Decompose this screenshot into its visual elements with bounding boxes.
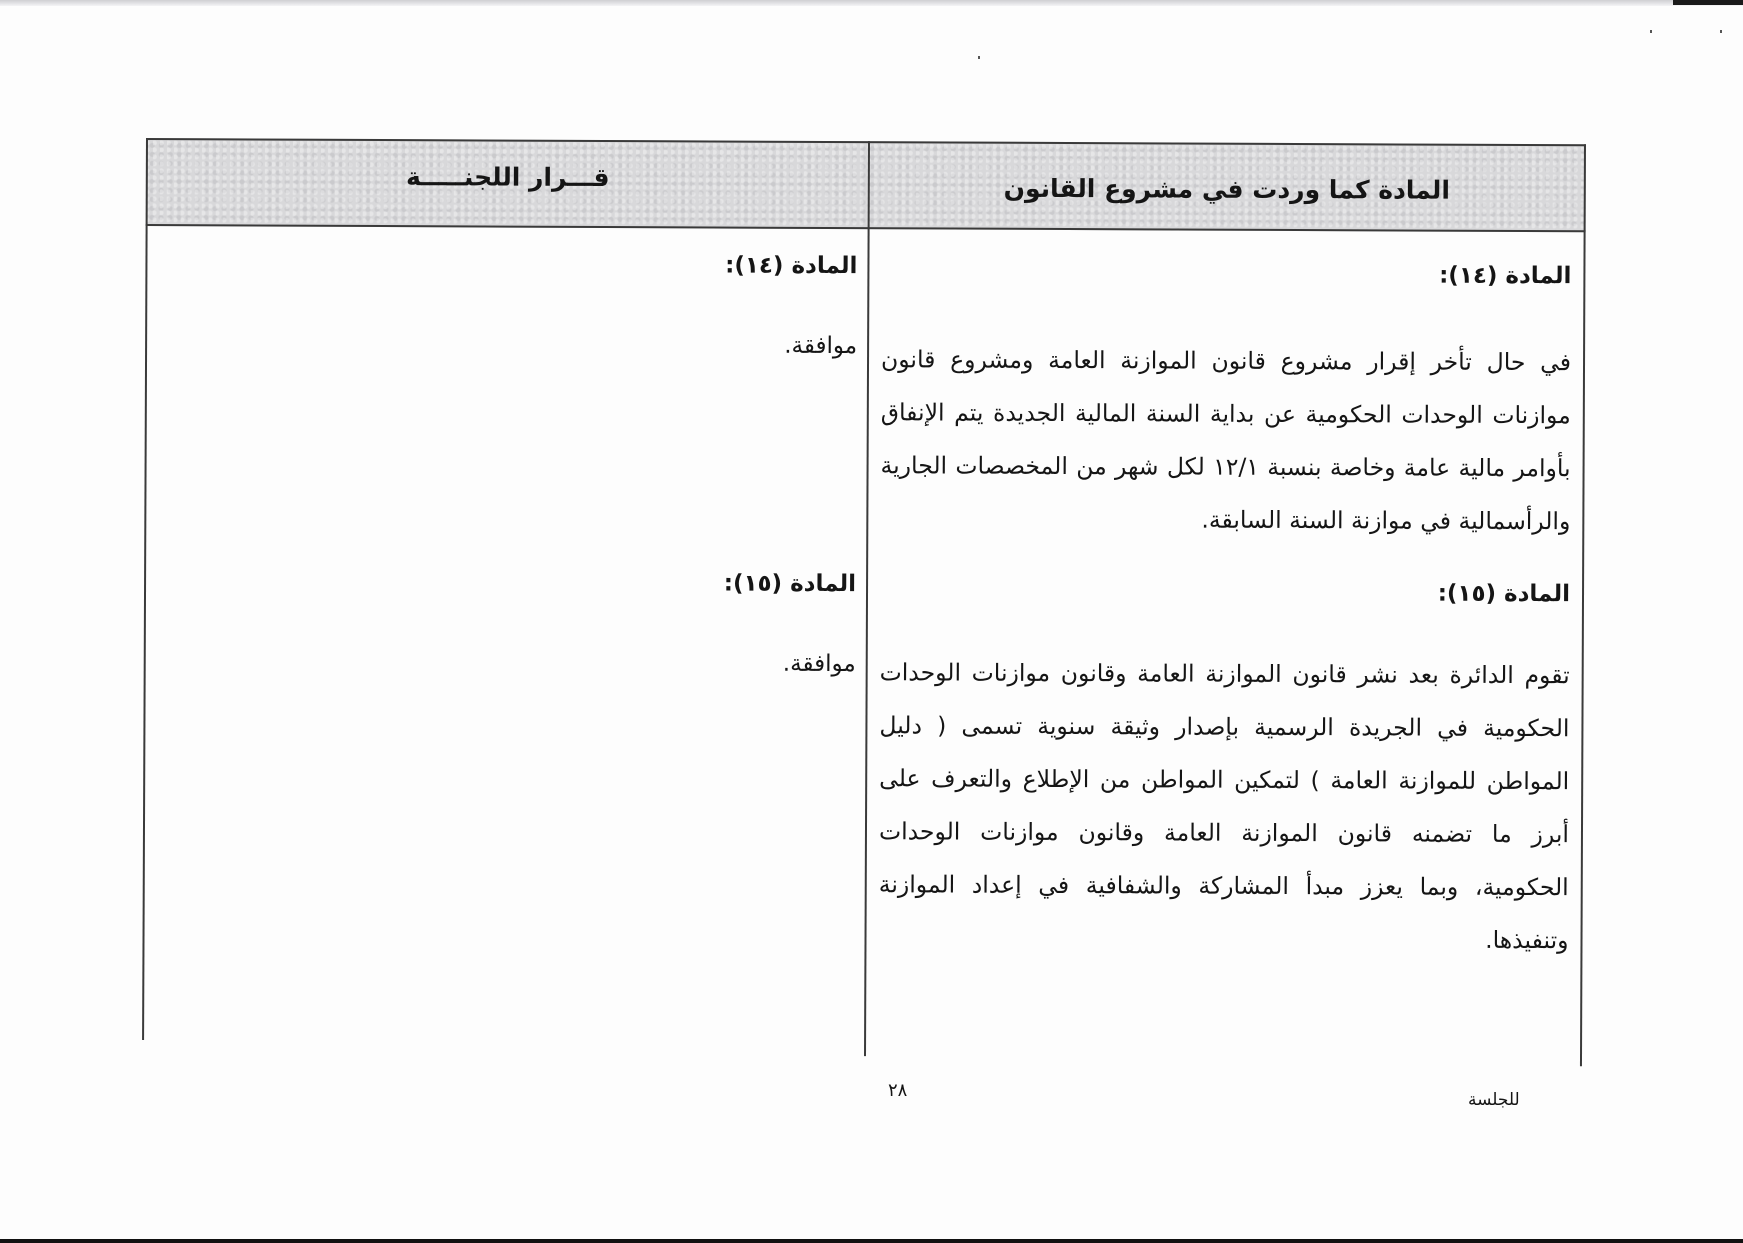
table-border-left (142, 138, 148, 1040)
scan-speck (1720, 30, 1722, 33)
decision-15-title: المادة (١٥): (154, 566, 856, 599)
decision-14-approval: موافقة. (155, 328, 857, 361)
page-number: ٢٨ (888, 1080, 907, 1101)
article-15-title: المادة (١٥): (880, 576, 1570, 609)
article-15-text: تقوم الدائرة بعد نشر قانون الموازنة العا… (878, 646, 1569, 967)
column-header-committee-decision: قـــرار اللجنـــــة (148, 138, 868, 225)
comparison-table: المادة كما وردت في مشروع القانون قـــرار… (142, 138, 1586, 1054)
scan-edge-bottom (0, 1239, 1743, 1243)
decision-15-approval: موافقة. (154, 646, 856, 679)
table-border-right (1580, 144, 1586, 1066)
article-14-title: المادة (١٤): (881, 258, 1571, 291)
table-column-divider (864, 141, 870, 1056)
scan-edge-top (0, 0, 1743, 6)
scan-speck (978, 56, 980, 59)
scan-edge-mark (1673, 0, 1743, 5)
decision-14-title: المادة (١٤): (155, 248, 857, 281)
scan-speck (1650, 30, 1652, 33)
column-header-original-article: المادة كما وردت في مشروع القانون (870, 141, 1584, 228)
article-14-text: في حال تأخر إقرار مشروع قانون الموازنة ا… (880, 333, 1571, 548)
footer-session-label: للجلسة (1468, 1090, 1520, 1110)
